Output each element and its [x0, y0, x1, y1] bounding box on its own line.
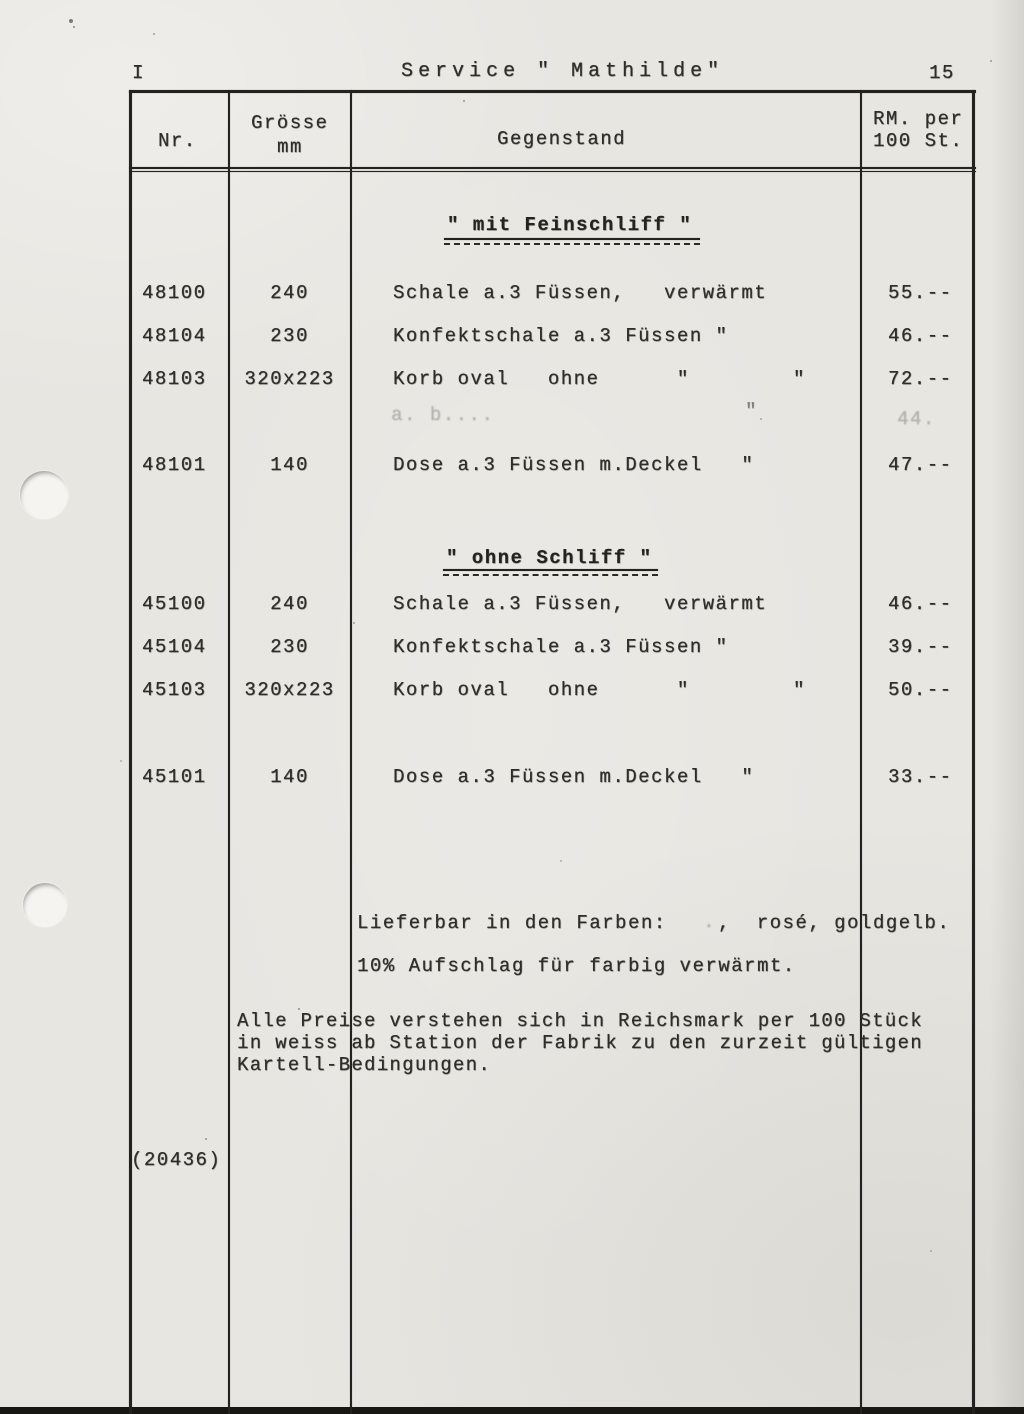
terms-line-1: Alle Preise verstehen sich in Reichsmark…: [237, 1010, 923, 1032]
cell-price: 55.--: [888, 282, 953, 304]
header-price-line2: 100 St.: [873, 130, 963, 152]
table-header-separator-double: [129, 171, 976, 172]
cell-price: 50.--: [888, 679, 953, 701]
erased-ditto-mark: ": [745, 400, 758, 422]
punch-hole-bottom: [23, 883, 67, 927]
cell-price: 47.--: [888, 454, 953, 476]
scan-bottom-edge: [0, 1407, 1024, 1414]
header-nr: Nr.: [158, 130, 197, 152]
heading-underline-dashed: [443, 574, 658, 576]
cell-nr: 48101: [142, 454, 207, 476]
cell-nr: 45104: [142, 636, 207, 658]
colors-note-values: , rosé, goldgelb.: [718, 912, 950, 934]
cell-nr: 48104: [142, 325, 207, 347]
table-border-right: [972, 90, 975, 1414]
header-price-line1: RM. per: [873, 108, 963, 130]
cell-size: 240: [229, 593, 350, 615]
section-heading-feinschliff: " mit Feinschliff ": [447, 214, 692, 236]
surcharge-note: 10% Aufschlag für farbig verwärmt.: [357, 955, 796, 977]
table-border-left: [129, 90, 132, 1414]
footnote-number: (20436): [131, 1149, 221, 1171]
colors-note-label: Lieferbar in den Farben:: [357, 912, 667, 934]
section-heading-ohne-schliff: " ohne Schliff ": [446, 547, 652, 569]
paper-speckles: [0, 0, 2, 2]
header-size-line1: Grösse: [251, 112, 328, 134]
scanned-price-list-page: I Service " Mathilde" 15 Nr. Grösse mm G…: [0, 0, 1024, 1414]
cell-nr: 45100: [142, 593, 207, 615]
terms-line-3: Kartell-Bedingungen.: [237, 1054, 491, 1076]
cell-nr: 48103: [142, 368, 207, 390]
page-title: Service " Mathilde": [401, 61, 724, 83]
cell-item: Korb oval ohne " ": [393, 368, 806, 390]
cell-size: 140: [229, 454, 350, 476]
erased-price-remnant: 44.: [897, 408, 936, 430]
cell-size: 240: [229, 282, 350, 304]
table-border-top: [129, 90, 976, 93]
column-roman-numeral: I: [132, 62, 145, 84]
column-divider-size-item: [350, 90, 352, 1414]
header-item: Gegenstand: [497, 128, 626, 150]
column-divider-item-price: [860, 90, 862, 1414]
page-edge-shadow: [990, 0, 1024, 1414]
cell-size: 230: [229, 325, 350, 347]
cell-item: Korb oval ohne " ": [393, 679, 806, 701]
erased-item-remnant: a. b....: [391, 404, 494, 426]
heading-underline-dashed: [444, 243, 700, 245]
cell-item: Dose a.3 Füssen m.Deckel ": [393, 766, 754, 788]
cell-size: 320x223: [229, 679, 350, 701]
table-header-separator: [129, 167, 976, 169]
cell-size: 230: [229, 636, 350, 658]
punch-hole-top: [20, 471, 68, 519]
cell-nr: 45101: [142, 766, 207, 788]
heading-underline-solid: [443, 569, 658, 571]
page-number: 15: [929, 62, 955, 84]
colors-note-erased-mark: ·: [703, 915, 716, 937]
cell-item: Konfektschale a.3 Füssen ": [393, 636, 728, 658]
heading-underline-solid: [444, 238, 700, 240]
cell-price: 39.--: [888, 636, 953, 658]
cell-price: 33.--: [888, 766, 953, 788]
cell-item: Schale a.3 Füssen, verwärmt: [393, 593, 767, 615]
header-size-line2: mm: [277, 136, 303, 158]
cell-item: Dose a.3 Füssen m.Deckel ": [393, 454, 754, 476]
cell-nr: 48100: [142, 282, 207, 304]
cell-price: 72.--: [888, 368, 953, 390]
cell-item: Konfektschale a.3 Füssen ": [393, 325, 728, 347]
cell-size: 320x223: [229, 368, 350, 390]
cell-price: 46.--: [888, 325, 953, 347]
cell-size: 140: [229, 766, 350, 788]
terms-line-2: in weiss ab Station der Fabrik zu den zu…: [237, 1032, 923, 1054]
cell-price: 46.--: [888, 593, 953, 615]
cell-nr: 45103: [142, 679, 207, 701]
cell-item: Schale a.3 Füssen, verwärmt: [393, 282, 767, 304]
